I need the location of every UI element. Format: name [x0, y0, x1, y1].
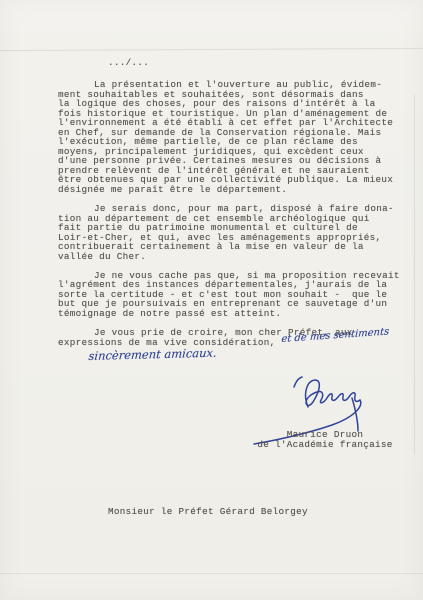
continuation-mark: .../... — [108, 57, 149, 68]
paragraph-3: Je ne vous cache pas que, si ma proposit… — [58, 271, 404, 319]
letter-body: La présentation et l'ouverture au public… — [58, 80, 404, 357]
letter-line: vallée du Cher. — [58, 252, 404, 262]
paragraph-2: Je serais donc, pour ma part, disposé à … — [58, 204, 404, 261]
signature-block: Maurice Druon de l'Académie française — [255, 430, 395, 450]
signature-title: de l'Académie française — [255, 440, 395, 450]
handwritten-note-line: sincèrement amicaux. — [88, 346, 217, 363]
paper-crease-right — [414, 95, 415, 455]
letter-page: .../... La présentation et l'ouverture a… — [0, 0, 423, 600]
recipient-line: Monsieur le Préfet Gérard Belorgey — [108, 506, 308, 517]
paragraph-1: La présentation et l'ouverture au public… — [58, 80, 404, 195]
paper-fold-line-top — [0, 48, 423, 51]
letter-line: témoignage de notre passé est atteint. — [58, 309, 404, 319]
paper-fold-line-bottom — [0, 573, 423, 574]
letter-line: désignée me paraît être le département. — [58, 185, 404, 195]
